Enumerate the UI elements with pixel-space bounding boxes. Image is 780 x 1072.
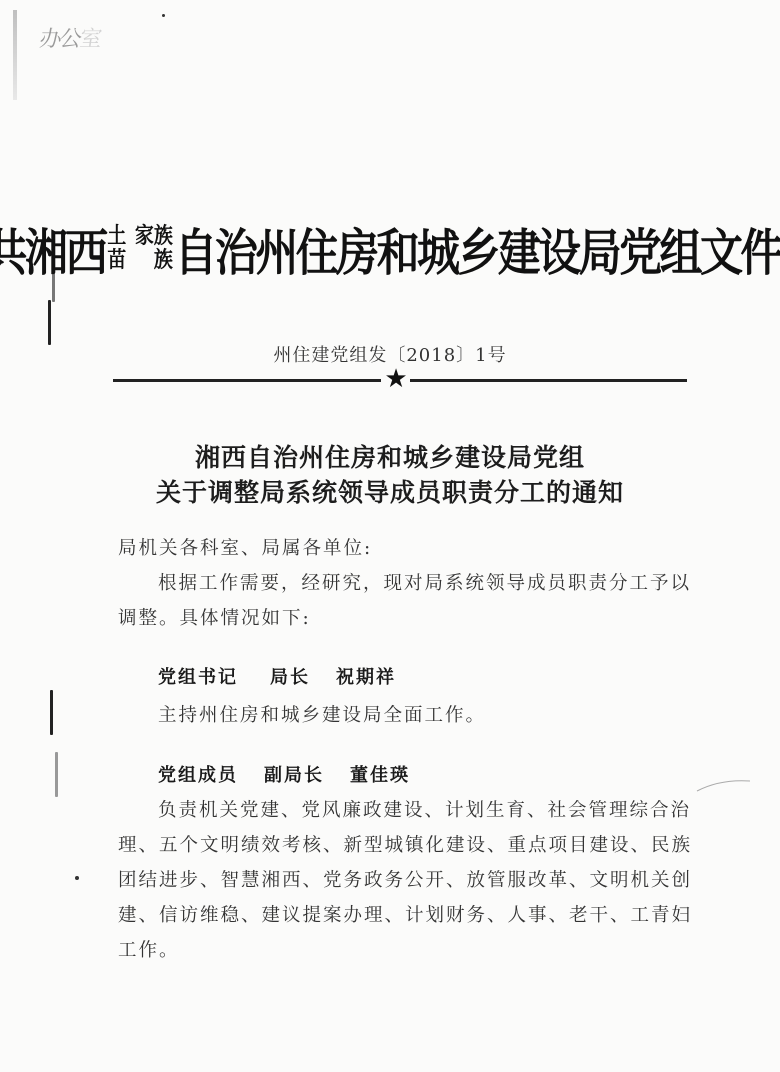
position: 局长	[270, 667, 310, 688]
speck-mark	[162, 14, 165, 17]
stack-bottom-left: 苗	[107, 249, 126, 273]
party-role: 党组书记	[158, 667, 238, 688]
section-duties-line: 主持州住房和城乡建设局全面工作。	[118, 704, 738, 728]
notice-title-line-2: 关于调整局系统领导成员职责分工的通知	[0, 473, 780, 509]
position: 副局长	[264, 765, 324, 786]
document-header-title: 中共湘西 土家族 苗族 自治州住房和城乡建设局党组文件	[113, 213, 612, 285]
stack-top-left: 土	[107, 225, 126, 249]
handwritten-faint-mark: 室	[78, 27, 102, 52]
scanned-document-page: 办公室 中共湘西 土家族 苗族 自治州住房和城乡建设局党组文件 州住建党组发〔2…	[0, 0, 780, 1072]
handwritten-annotation: 办公室	[38, 22, 102, 53]
party-role: 党组成员	[158, 765, 238, 786]
section-duties-line: 理、五个文明绩效考核、新型城镇化建设、重点项目建设、民族	[118, 834, 698, 858]
salutation: 局机关各科室、局属各单位:	[118, 537, 698, 561]
staple-mark-icon	[55, 752, 58, 797]
section-duties-line: 团结进步、智慧湘西、党务政务公开、放管服改革、文明机关创	[118, 869, 698, 893]
section-heading-secretary: 党组书记局长祝期祥	[118, 666, 738, 690]
punch-dot-mark	[75, 876, 79, 880]
pencil-stroke-mark-icon	[695, 775, 755, 795]
staple-mark-icon	[50, 690, 53, 735]
stack-bottom-right: 族	[154, 249, 173, 273]
section-duties-line: 负责机关党建、党风廉政建设、计划生育、社会管理综合治	[118, 799, 738, 823]
header-title-suffix: 自治州住房和城乡建设局党组文件	[174, 213, 780, 285]
header-title-prefix: 中共湘西	[0, 213, 106, 285]
section-duties-line: 工作。	[118, 939, 698, 963]
section-heading-member: 党组成员副局长董佳瑛	[118, 764, 738, 788]
official-name: 祝期祥	[336, 667, 396, 688]
intro-line-2: 调整。具体情况如下:	[118, 607, 698, 631]
staple-mark-icon	[48, 300, 51, 345]
scan-edge-shadow	[13, 10, 17, 100]
official-name: 董佳瑛	[350, 765, 410, 786]
intro-line-1: 根据工作需要，经研究，现对局系统领导成员职责分工予以	[118, 572, 738, 596]
divider-line-left	[113, 379, 381, 382]
star-icon: ★	[383, 364, 409, 394]
stack-top-right: 家族	[135, 225, 173, 249]
notice-title-line-1: 湘西自治州住房和城乡建设局党组	[0, 438, 780, 474]
divider-line-right	[410, 379, 687, 382]
handwritten-note: 办公	[38, 27, 82, 52]
header-title-ethnic-stack: 土家族 苗族	[107, 225, 172, 273]
section-duties-line: 建、信访维稳、建议提案办理、计划财务、人事、老干、工青妇	[118, 904, 698, 928]
